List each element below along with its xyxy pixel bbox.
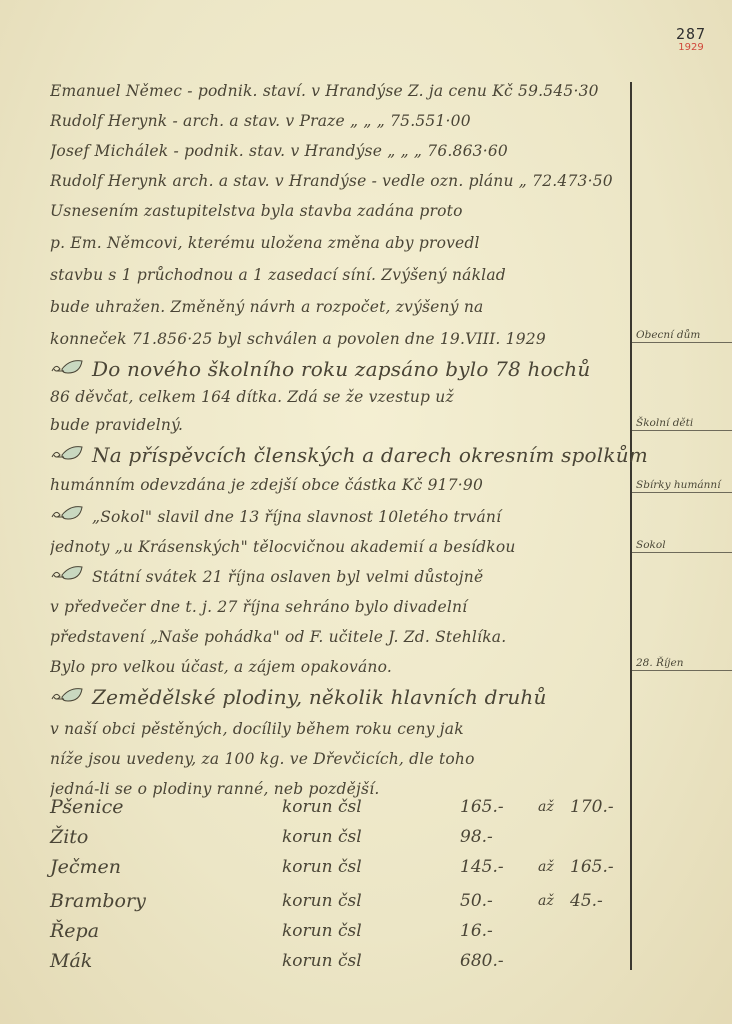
- entry-line: stavbu s 1 průchodnou a 1 zasedací síní.…: [50, 262, 630, 288]
- ledger-page: 287 1929 Obecní dům Školní děti Sbírky h…: [0, 0, 732, 1024]
- entry-line: v předvečer dne t. j. 27 října sehráno b…: [50, 594, 630, 620]
- margin-note-obecni-dum: Obecní dům: [632, 328, 732, 343]
- entry-line-with-leaf: Do nového školního roku zapsáno bylo 78 …: [50, 356, 630, 382]
- entry-line: Rudolf Herynk arch. a stav. v Hrandýse -…: [50, 168, 630, 194]
- leaf-ornament-icon: [50, 505, 84, 531]
- entry-line: p. Em. Němcovi, kterému uložena změna ab…: [50, 230, 630, 256]
- entry-line: humánním odevzdána je zdejší obce částka…: [50, 472, 630, 498]
- leaf-ornament-icon: [50, 687, 84, 713]
- crop-row: Žito korun čsl 98.-: [50, 822, 630, 852]
- crop-row: Mák korun čsl 680.-: [50, 946, 630, 976]
- entry-line: Usnesením zastupitelstva byla stavba zad…: [50, 198, 630, 224]
- crop-row: Řepa korun čsl 16.-: [50, 916, 630, 946]
- entry-line: Josef Michálek - podnik. stav. v Hrandýs…: [50, 138, 630, 164]
- leaf-ornament-icon: [50, 445, 84, 471]
- entry-line: Emanuel Němec - podnik. staví. v Hrandýs…: [50, 78, 630, 104]
- margin-note-28-rijen: 28. Říjen: [632, 656, 732, 671]
- leaf-ornament-icon: [50, 565, 84, 591]
- entry-line: představení „Naše pohádka" od F. učitele…: [50, 624, 630, 650]
- folio-number: 287 1929: [666, 26, 716, 54]
- entry-line: Rudolf Herynk - arch. a stav. v Praze „ …: [50, 108, 630, 134]
- entry-line-with-leaf: „Sokol" slavil dne 13 října slavnost 10l…: [50, 504, 630, 530]
- entry-line: 86 děvčat, celkem 164 dítka. Zdá se že v…: [50, 384, 630, 410]
- entry-line: konneček 71.856·25 byl schválen a povole…: [50, 326, 630, 352]
- margin-rule: [630, 82, 632, 970]
- entry-line: bude uhražen. Změněný návrh a rozpočet, …: [50, 294, 630, 320]
- crop-row: Pšenice korun čsl 165.- až 170.-: [50, 792, 630, 822]
- entry-line: níže jsou uvedeny, za 100 kg. ve Dřevčic…: [50, 746, 630, 772]
- page-year: 1929: [666, 42, 716, 54]
- margin-note-sbirky-humanni: Sbírky humánní: [632, 478, 732, 493]
- entry-line: bude pravidelný.: [50, 412, 630, 438]
- margin-note-skolni-deti: Školní děti: [632, 416, 732, 431]
- margin-note-sokol: Sokol: [632, 538, 732, 553]
- entry-line-with-leaf: Státní svátek 21 října oslaven byl velmi…: [50, 564, 630, 590]
- crop-row: Brambory korun čsl 50.- až 45.-: [50, 886, 630, 916]
- entry-line: Bylo pro velkou účast, a zájem opakováno…: [50, 654, 630, 680]
- entry-line: jednoty „u Krásenských" tělocvičnou akad…: [50, 534, 630, 560]
- crop-row: Ječmen korun čsl 145.- až 165.-: [50, 852, 630, 882]
- leaf-ornament-icon: [50, 359, 84, 385]
- page-number: 287: [666, 26, 716, 42]
- entry-line: v naší obci pěstěných, docílily během ro…: [50, 716, 630, 742]
- entry-line-with-leaf: Zemědělské plodiny, několik hlavních dru…: [50, 684, 630, 710]
- entry-line-with-leaf: Na příspěvcích členských a darech okresn…: [50, 442, 630, 468]
